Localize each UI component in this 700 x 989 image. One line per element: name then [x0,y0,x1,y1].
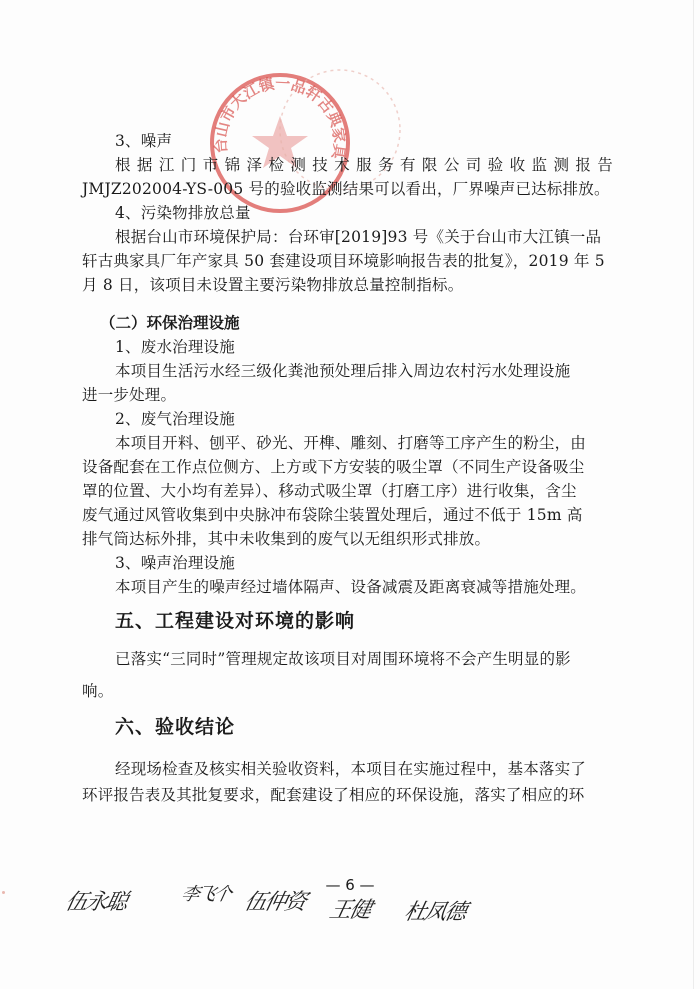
item-exhaust-heading: 2、废气治理设施 [115,408,613,430]
item-noise-control-heading: 3、噪声治理设施 [115,552,613,574]
paragraph-line: JMJZ202004-YS-005 号的验收监测结果可以看出，厂界噪声已达标排放… [82,178,614,200]
paragraph-line: 本项目开料、刨平、砂光、开榫、雕刻、打磨等工序产生的粉尘，由 [115,432,613,454]
paragraph-line: 已落实“三同时”管理规定故该项目对周围环境将不会产生明显的影 [115,648,613,670]
paragraph-line: 根据江门市锦泽检测技术服务有限公司验收监测报告 [115,154,613,176]
paragraph-line: 进一步处理。 [82,384,614,406]
paragraph-line: 月 8 日，该项目未设置主要污染物排放总量控制指标。 [82,274,614,296]
page-edge [693,0,694,989]
item-wastewater-heading: 1、废水治理设施 [115,336,613,358]
paragraph-line: 罩的位置、大小均有差异）、移动式吸尘罩（打磨工序）进行收集，含尘 [82,480,614,502]
paragraph-line: 环评报告表及其批复要求，配套建设了相应的环保设施，落实了相应的环 [82,784,614,806]
section-heading-impact: 五、工程建设对环境的影响 [115,608,355,634]
paragraph-line: 经现场检查及核实相关验收资料，本项目在实施过程中，基本落实了 [115,758,613,780]
signature: 李飞个 [179,880,233,906]
item-noise-heading: 3、噪声 [115,130,613,152]
paragraph-line: 设备配套在工作点位侧方、上方或下方安装的吸尘罩（不同生产设备吸尘 [82,456,614,478]
paragraph-line: 废气通过风管收集到中央脉冲布袋除尘装置处理后，通过不低于 15m 高 [82,504,614,526]
paragraph-line: 响。 [82,680,614,702]
paragraph-line: 本项目生活污水经三级化粪池预处理后排入周边农村污水处理设施 [115,360,613,382]
signature: 伍永聪 [63,885,130,916]
section-heading-env-facilities: （二）环保治理设施 [100,312,240,334]
paragraph-line: 本项目产生的噪声经过墙体隔声、设备减震及距离衰减等措施处理。 [115,576,613,598]
signature: 杜凤德 [402,895,469,926]
item-pollutant-heading: 4、污染物排放总量 [115,202,613,224]
document-page: 台山市大江镇一品轩古典家具厂 3、噪声 根据江门市锦泽检测技术服务有限公司验收监… [0,0,700,989]
paragraph-line: 轩古典家具厂年产家具 50 套建设项目环境影响报告表的批复》，2019 年 5 [82,250,614,272]
section-heading-conclusion: 六、验收结论 [115,714,235,740]
signature: 伍仲资 [242,885,309,916]
paragraph-line: 排气筒达标外排，其中未收集到的废气以无组织形式排放。 [82,528,614,550]
signature: 王健 [327,893,374,924]
paragraph-line: 根据台山市环境保护局：台环审[2019]93 号《关于台山市大江镇一品 [115,226,613,248]
scan-mark [2,891,5,894]
page-number: — 6 — [300,876,400,894]
